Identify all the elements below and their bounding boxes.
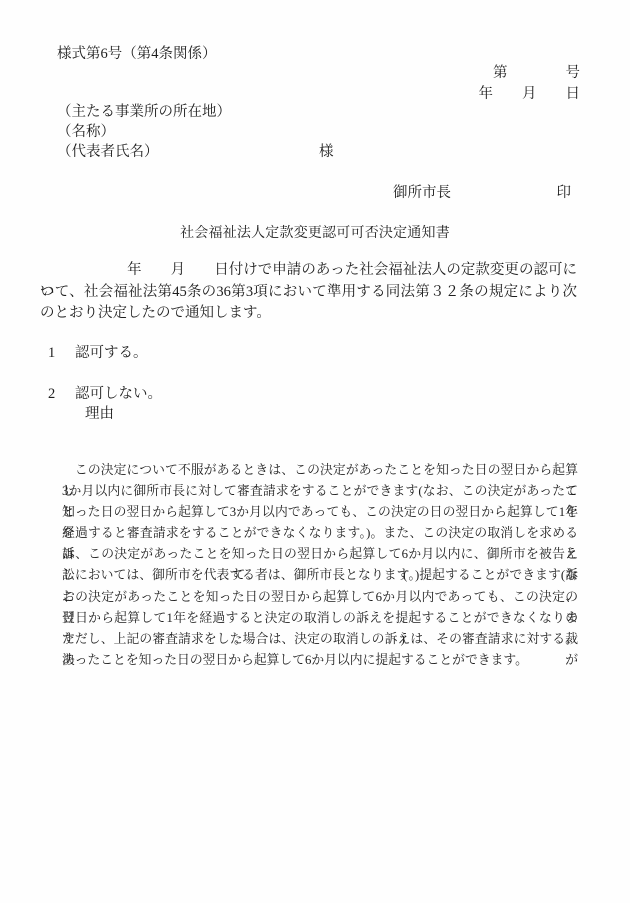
form-number: 様式第6号（第4条関係）: [57, 44, 217, 65]
decision-label: 認可しない。: [75, 384, 162, 405]
decision-item-deny: 2 認可しない。: [48, 384, 348, 405]
appeal-line: 知った日の翌日から起算して3か月以内であっても、この決定の日の翌日から起算して1…: [62, 502, 578, 523]
decision-label: 認可する。: [75, 343, 148, 364]
appeal-line: あったことを知った日の翌日から起算して6か月以内に提起することができます。: [62, 650, 578, 671]
body-line: いて、社会福祉法第45条の36第3項において準用する同法第３２条の規定により次: [40, 282, 577, 304]
sender-row: 御所市長 印: [393, 183, 571, 204]
appeal-line: 翌日から起算して1年を経過すると決定の取消しの訴えを提起することができなくなりま…: [62, 608, 578, 629]
decision-item-approve: 1 認可する。: [48, 343, 348, 364]
notification-document-page: 様式第6号（第4条関係） 第 号 年 月 日 （主たる事業所の所在地） （名称）…: [0, 0, 630, 903]
appeal-line: 訟においては、御所市を代表する者は、御所市長となります。)提起することができます…: [62, 565, 578, 586]
sender-name: 御所市長: [393, 183, 451, 204]
date-line: 年 月 日: [479, 84, 581, 105]
body-line: のとおり決定したので通知します。: [40, 303, 577, 325]
addressee-representative-label: （代表者氏名）: [57, 142, 159, 163]
appeal-line: 3か月以内に御所市長に対して審査請求をすることができます(なお、この決定があった…: [62, 481, 578, 502]
document-number-line: 第 号: [493, 63, 580, 84]
body-paragraph: 年 月 日付けで申請のあった社会福祉法人の定款変更の認可につ いて、社会福祉法第…: [40, 260, 577, 325]
appeal-line: この決定があったことを知った日の翌日から起算して6か月以内であっても、この決定の…: [62, 587, 578, 608]
body-line: 年 月 日付けで申請のあった社会福祉法人の定款変更の認可につ: [40, 260, 577, 282]
decision-number: 2: [48, 384, 75, 405]
appeal-line: ただし、上記の審査請求をした場合は、決定の取消しの訴えは、その審査請求に対する裁…: [62, 629, 578, 650]
addressee-address-label: （主たる事業所の所在地）: [57, 102, 231, 123]
appeal-line: 経過すると審査請求をすることができなくなります。)。また、この決定の取消しを求め…: [62, 523, 578, 544]
addressee-honorific: 様: [319, 142, 334, 163]
sender-seal-mark: 印: [557, 183, 572, 204]
document-title: 社会福祉法人定款変更認可可否決定通知書: [0, 222, 630, 242]
addressee-name-label: （名称）: [57, 122, 115, 143]
appeal-instructions-paragraph: この決定について不服があるときは、この決定があったことを知った日の翌日から起算し…: [62, 460, 578, 671]
decision-number: 1: [48, 343, 75, 364]
appeal-line: は、この決定があったことを知った日の翌日から起算して6か月以内に、御所市を被告と…: [62, 544, 578, 565]
reason-label: 理由: [85, 404, 114, 425]
appeal-line: この決定について不服があるときは、この決定があったことを知った日の翌日から起算し…: [62, 460, 578, 481]
